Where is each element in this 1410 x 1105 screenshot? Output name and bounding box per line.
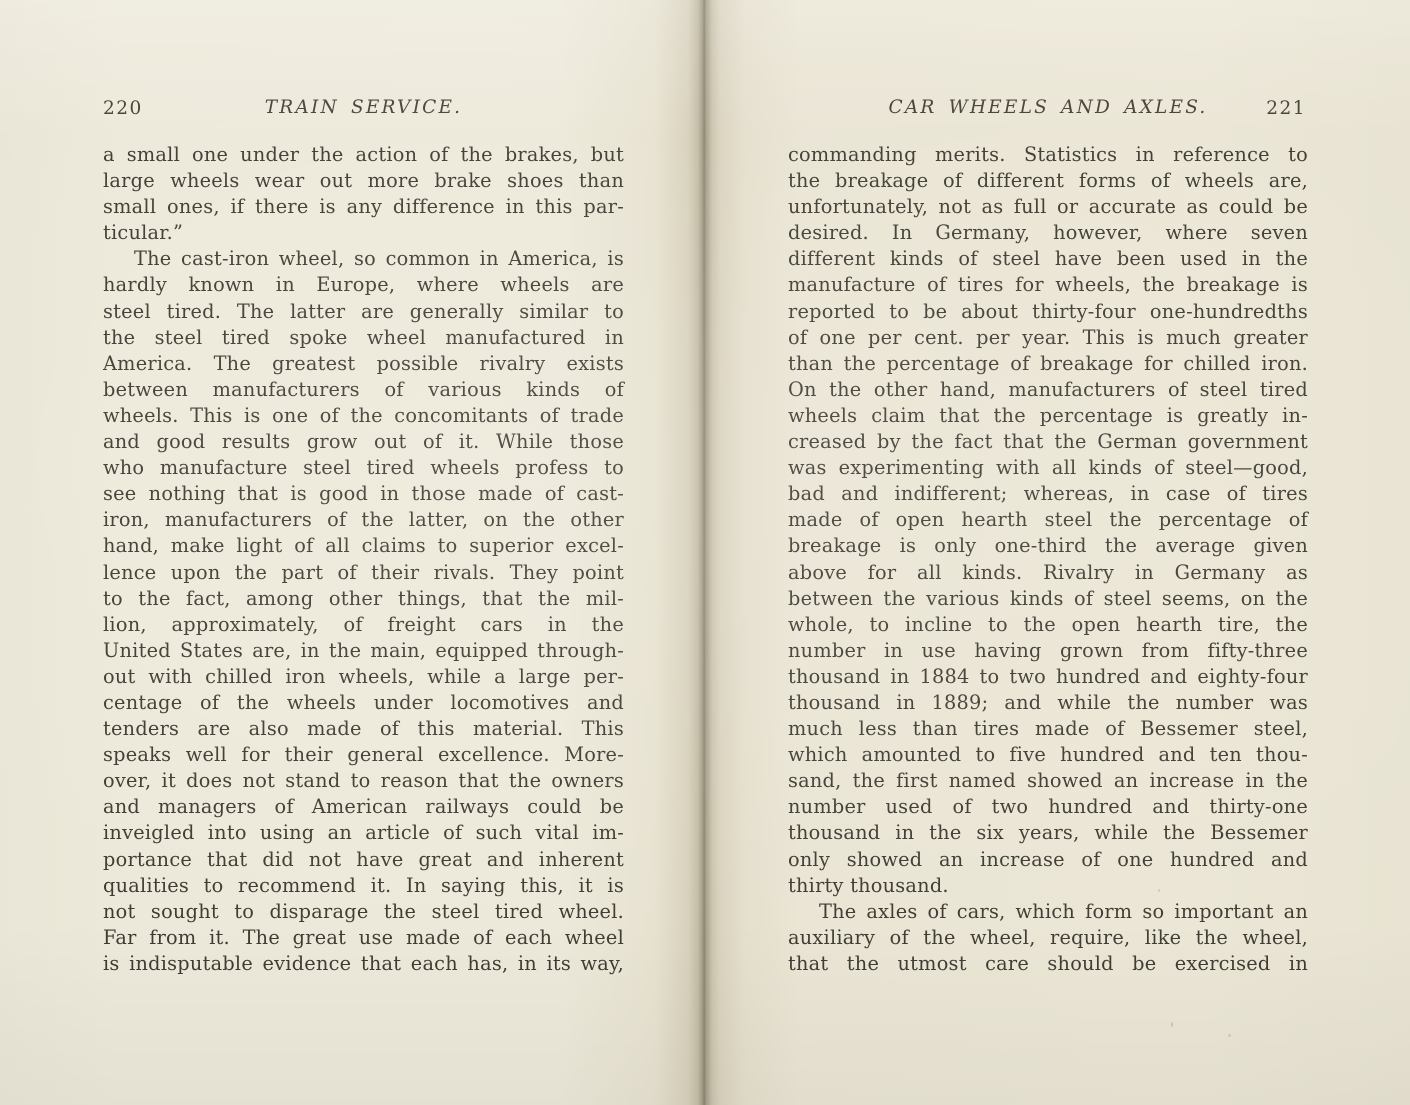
text-line: that the utmost care should be exercised… [788,951,1308,977]
text-line: number in use having grown from fifty-th… [788,638,1308,664]
text-line: The axles of cars, which form so importa… [788,899,1308,925]
book-spread: 220 TRAIN SERVICE. a small one under the… [0,0,1410,1105]
text-line: auxiliary of the wheel, require, like th… [788,925,1308,951]
text-line: thousand in 1884 to two hundred and eigh… [788,664,1308,690]
text-line: sand, the first named showed an increase… [788,768,1308,794]
text-line: America. The greatest possible rivalry e… [103,351,624,377]
text-line: the breakage of different forms of wheel… [788,168,1308,194]
text-line: large wheels wear out more brake shoes t… [103,168,624,194]
text-line: lence upon the part of their rivals. The… [103,560,624,586]
text-line: breakage is only one-third the average g… [788,533,1308,559]
text-line: manufacture of tires for wheels, the bre… [788,272,1308,298]
text-line: who manufacture steel tired wheels profe… [103,455,624,481]
left-running-head-row: 220 TRAIN SERVICE. [103,97,624,121]
text-line: United States are, in the main, equipped… [103,638,624,664]
left-running-title: TRAIN SERVICE. [103,97,624,118]
text-line: tenders are also made of this material. … [103,716,624,742]
text-line: hardly known in Europe, where wheels are [103,272,624,298]
paper-speck [1228,1034,1231,1037]
text-line: portance that did not have great and inh… [103,847,624,873]
text-line: which amounted to five hundred and ten t… [788,742,1308,768]
text-line: and good results grow out of it. While t… [103,429,624,455]
text-line: inveigled into using an article of such … [103,820,624,846]
text-line: thousand in 1889; and while the number w… [788,690,1308,716]
right-running-head-row: CAR WHEELS AND AXLES. 221 [788,97,1308,121]
text-line: desired. In Germany, however, where seve… [788,220,1308,246]
text-line: Far from it. The great use made of each … [103,925,624,951]
text-line: not sought to disparage the steel tired … [103,899,624,925]
text-line: whole, to incline to the open hearth tir… [788,612,1308,638]
text-line: wheels. This is one of the concomitants … [103,403,624,429]
text-line: The cast-iron wheel, so common in Americ… [103,246,624,272]
text-line: hand, make light of all claims to superi… [103,533,624,559]
text-line: over, it does not stand to reason that t… [103,768,624,794]
text-line: different kinds of steel have been used … [788,246,1308,272]
text-line: and managers of American railways could … [103,794,624,820]
left-page: 220 TRAIN SERVICE. a small one under the… [103,97,624,977]
text-line: between the various kinds of steel seems… [788,586,1308,612]
text-line: see nothing that is good in those made o… [103,481,624,507]
text-line: of one per cent. per year. This is much … [788,325,1308,351]
text-line: above for all kinds. Rivalry in Germany … [788,560,1308,586]
text-line: between manufacturers of various kinds o… [103,377,624,403]
text-line: out with chilled iron wheels, while a la… [103,664,624,690]
text-line: ticular.” [103,220,624,246]
text-line: small ones, if there is any difference i… [103,194,624,220]
text-line: number used of two hundred and thirty-on… [788,794,1308,820]
text-line: than the percentage of breakage for chil… [788,351,1308,377]
text-line: commanding merits. Statistics in referen… [788,142,1308,168]
right-page-number: 221 [1266,98,1306,119]
text-line: made of open hearth steel the percentage… [788,507,1308,533]
text-line: speaks well for their general excellence… [103,742,624,768]
text-line: steel tired. The latter are generally si… [103,299,624,325]
text-line: was experimenting with all kinds of stee… [788,455,1308,481]
text-line: thirty thousand. [788,873,1308,899]
text-line: reported to be about thirty-four one-hun… [788,299,1308,325]
text-line: much less than tires made of Bessemer st… [788,716,1308,742]
text-line: creased by the fact that the German gove… [788,429,1308,455]
text-line: bad and indifferent; whereas, in case of… [788,481,1308,507]
text-line: On the other hand, manufacturers of stee… [788,377,1308,403]
text-line: thousand in the six years, while the Bes… [788,820,1308,846]
book-spine-shadow [688,0,720,1105]
text-line: lion, approximately, of freight cars in … [103,612,624,638]
text-line: only showed an increase of one hundred a… [788,847,1308,873]
text-line: is indisputable evidence that each has, … [103,951,624,977]
left-page-body-text: a small one under the action of the brak… [103,142,624,977]
text-line: the steel tired spoke wheel manufactured… [103,325,624,351]
text-line: centage of the wheels under locomotives … [103,690,624,716]
paper-speck [1171,1022,1173,1027]
text-line: iron, manufacturers of the latter, on th… [103,507,624,533]
right-running-title: CAR WHEELS AND AXLES. [788,97,1308,118]
text-line: unfortunately, not as full or accurate a… [788,194,1308,220]
text-line: a small one under the action of the brak… [103,142,624,168]
text-line: to the fact, among other things, that th… [103,586,624,612]
right-page-body-text: commanding merits. Statistics in referen… [788,142,1308,977]
text-line: qualities to recommend it. In saying thi… [103,873,624,899]
right-page: CAR WHEELS AND AXLES. 221 commanding mer… [788,97,1308,977]
text-line: wheels claim that the percentage is grea… [788,403,1308,429]
